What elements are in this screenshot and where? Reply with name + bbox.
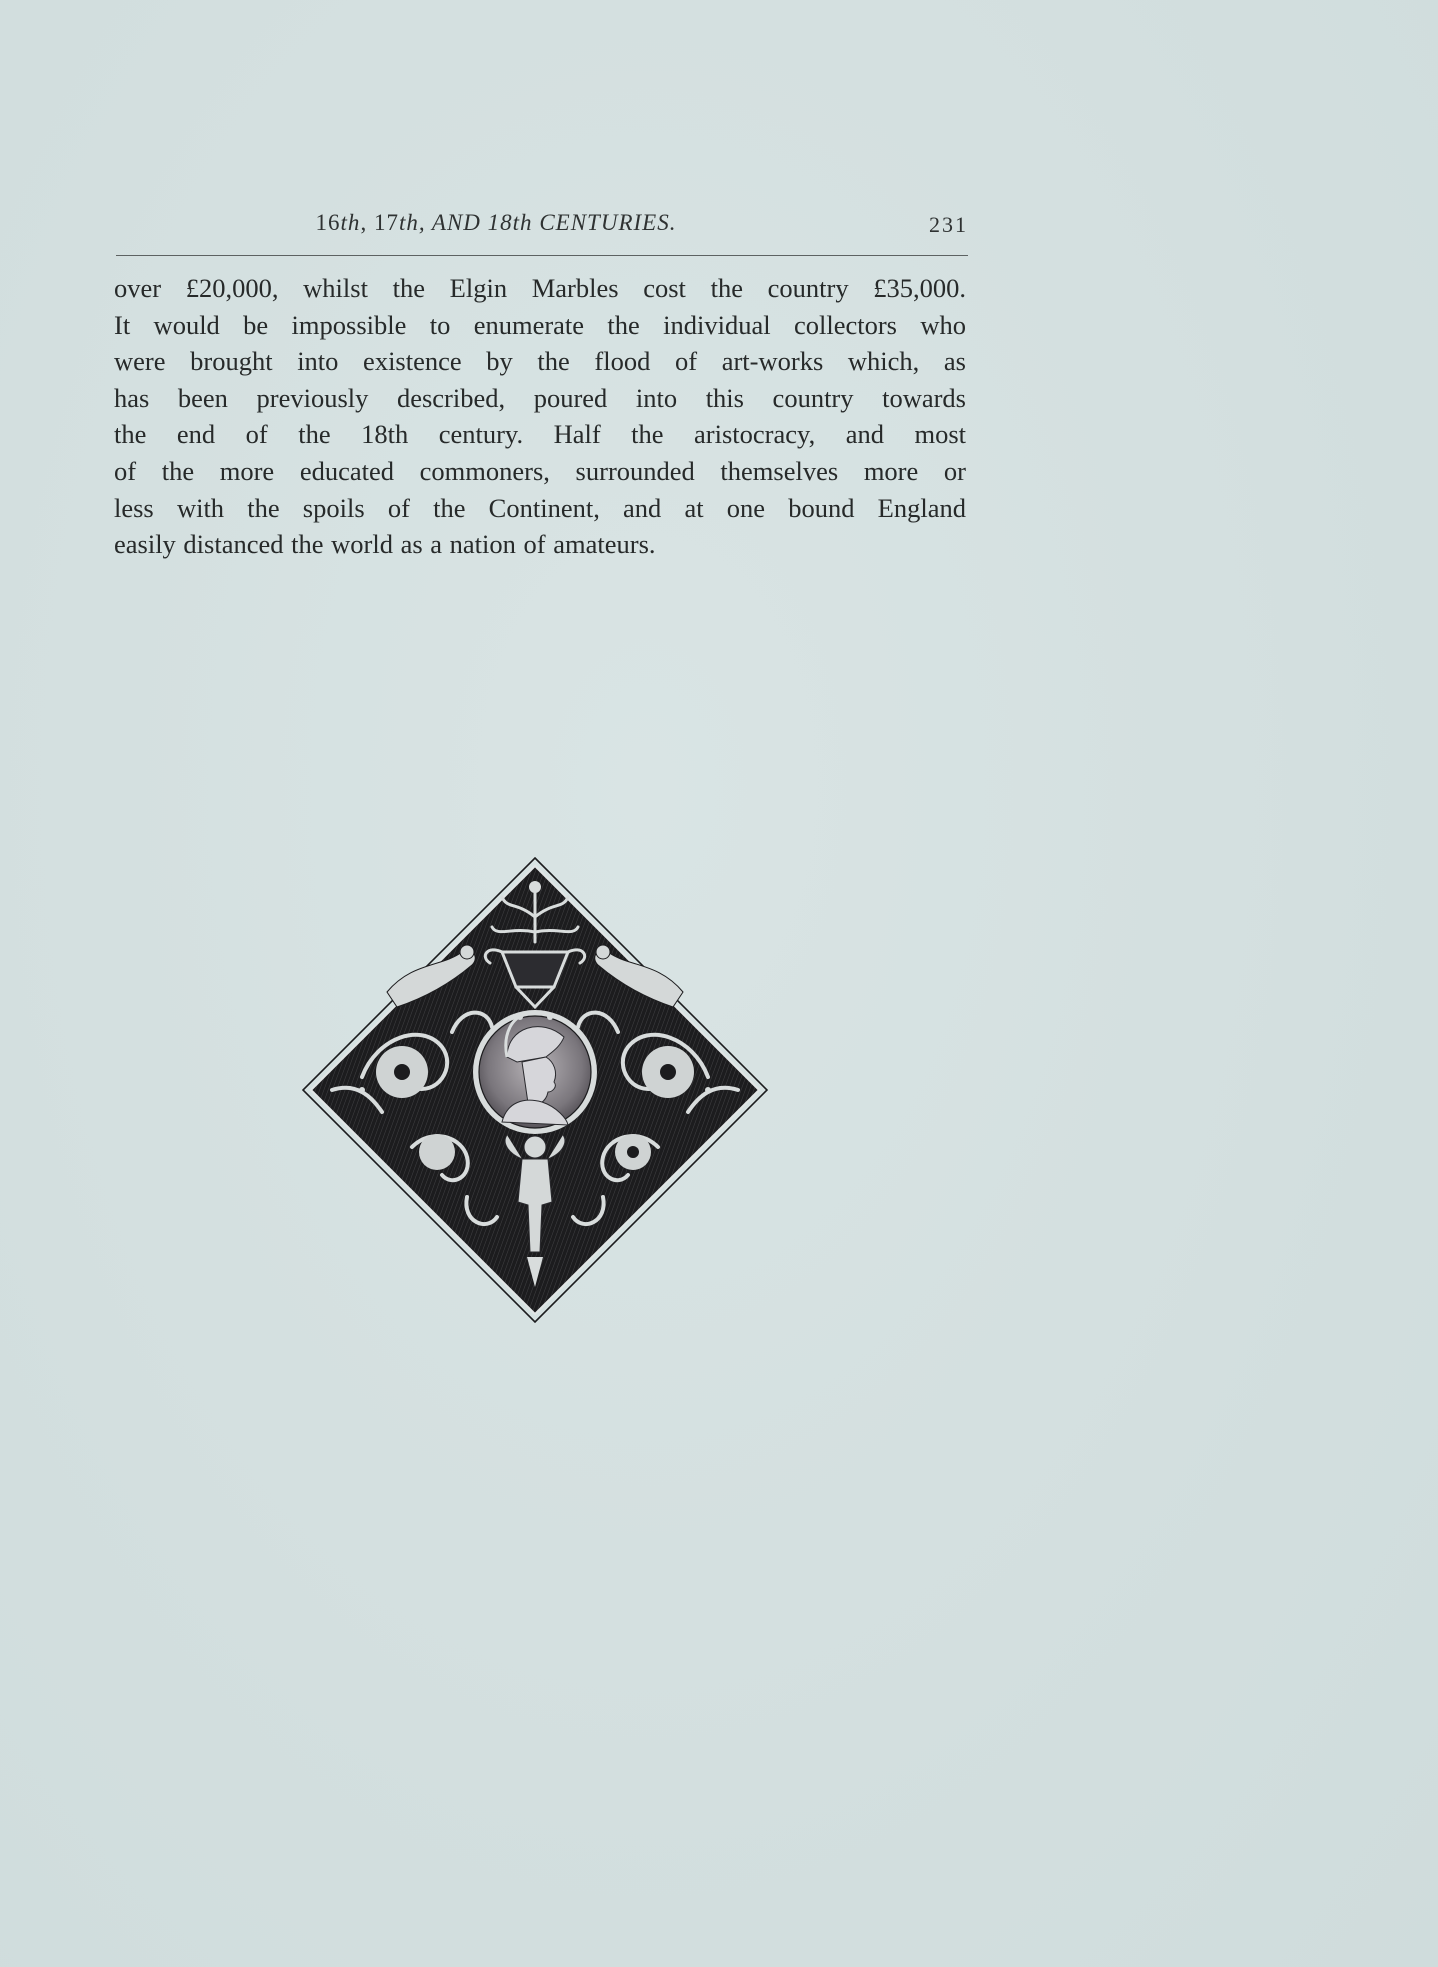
text-line: less with the spoils of the Continent, a… [114, 490, 966, 527]
body-paragraph: over £20,000, whilst the Elgin Marbles c… [114, 270, 966, 563]
text-line: were brought into existence by the flood… [114, 343, 966, 380]
text-line: easily distanced the world as a nation o… [114, 526, 966, 563]
text-line: over £20,000, whilst the Elgin Marbles c… [114, 270, 966, 307]
rh-part: 16 [316, 210, 341, 235]
rh-part: th [399, 210, 419, 235]
rh-part: th [341, 210, 361, 235]
running-head: 16th, 17th, AND 18th CENTURIES. 231 [116, 210, 968, 244]
rh-part: , AND 18 [419, 210, 513, 235]
rh-part: th [513, 210, 533, 235]
rh-part: , 17 [360, 210, 399, 235]
text-line: has been previously described, poured in… [114, 380, 966, 417]
text-line: the end of the 18th century. Half the ar… [114, 416, 966, 453]
header-rule [116, 255, 968, 256]
running-head-title: 16th, 17th, AND 18th CENTURIES. [116, 210, 876, 236]
text-line: of the more educated commoners, surround… [114, 453, 966, 490]
page-number: 231 [929, 212, 968, 238]
diamond-ornament-illustration [302, 857, 768, 1323]
rh-part: CENTURIES. [533, 210, 677, 235]
text-line: It would be impossible to enumerate the … [114, 307, 966, 344]
ornament-engraving-icon [302, 857, 768, 1323]
